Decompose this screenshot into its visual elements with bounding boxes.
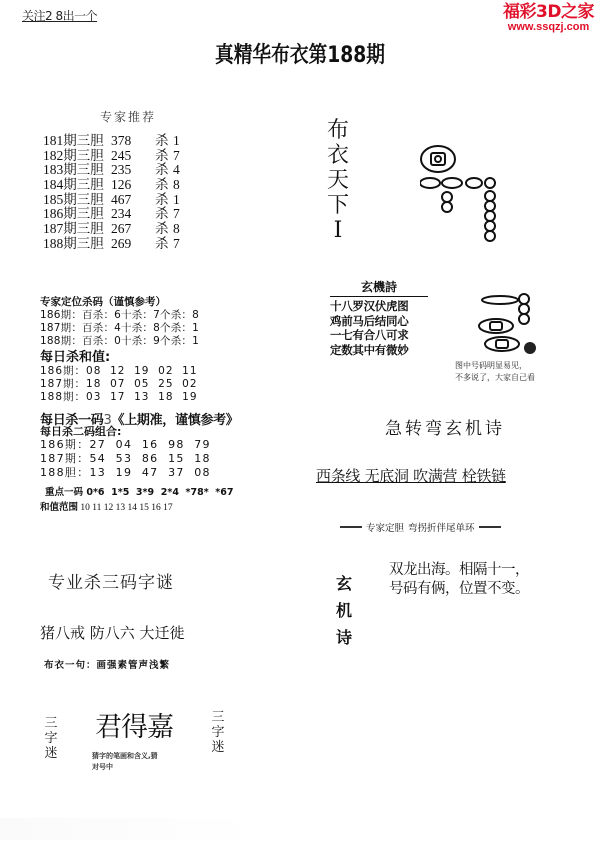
list-item: 188期三胆269杀7	[43, 237, 180, 252]
vertical-title: 布 衣 天 下 I	[325, 118, 351, 243]
poem-line: 号码有俩，位置不变。	[389, 580, 529, 599]
list-item: 187期：百杀：4十杀：8个杀：1	[40, 322, 199, 335]
kill-value: 8	[173, 178, 180, 193]
kill-label: 杀	[155, 207, 173, 222]
riddle-title: 专业杀三码字谜	[48, 568, 174, 593]
daily-kill-two: 每日杀二码组合: 186期：27 04 16 98 79 187期：54 53 …	[40, 425, 211, 480]
numbers: 467	[111, 193, 155, 208]
kill-value: 1	[173, 134, 180, 149]
divider	[340, 526, 362, 528]
expert-gall-label: 专家定胆	[366, 520, 404, 534]
vertical-char: 玄	[335, 570, 353, 597]
poem-line: 一七有合八可求	[330, 328, 428, 343]
period: 181期三胆	[43, 134, 111, 149]
vertical-char: 字	[44, 731, 58, 746]
period: 186期三胆	[43, 207, 111, 222]
numbers: 378	[111, 134, 155, 149]
list-item: 186期：27 04 16 98 79	[40, 438, 211, 452]
site-logo[interactable]: 福彩3D之家 www.ssqzj.com	[503, 3, 594, 34]
vertical-char: 字	[211, 725, 225, 740]
expert-gall: 专家定胆 弯拐折伴尾单环	[340, 520, 501, 534]
poem-line: 鸡前马后结同心	[330, 314, 428, 329]
expert-gall-text: 弯拐折伴尾单环	[408, 520, 475, 534]
sharp-turn-title: 急转弯玄机诗	[300, 414, 590, 439]
hint-line: 图中号码明显易见，	[455, 360, 535, 372]
list-item: 181期三胆378杀1	[43, 134, 180, 149]
expert-position-kill: 专家定位杀码（谨慎参考） 186期：百杀：6十杀：7个杀：8 187期：百杀：4…	[40, 296, 199, 348]
vertical-char: 机	[335, 597, 353, 624]
vertical-char: 衣	[325, 143, 351, 168]
riddle-phrases: 猪八戒 防八六 大迁徙	[40, 622, 185, 643]
kill-label: 杀	[155, 178, 173, 193]
divider	[479, 526, 501, 528]
kill-label: 杀	[155, 149, 173, 164]
focus-code-values: 0*6 1*5 3*9 2*4 *78* *67	[86, 487, 233, 498]
double-dragon-poem: 双龙出海。相隔十一， 号码有俩，位置不变。	[389, 561, 529, 599]
list-item: 186期：百杀：6十杀：7个杀：8	[40, 309, 199, 322]
focus-code: 重点一码 0*6 1*5 3*9 2*4 *78* *67	[45, 484, 234, 498]
kill-value: 7	[173, 149, 180, 164]
list-item: 186期三胆234杀7	[43, 207, 180, 222]
vertical-char: 三	[211, 710, 225, 725]
period: 187期三胆	[43, 222, 111, 237]
period: 188期三胆	[43, 237, 111, 252]
numbers: 269	[111, 237, 155, 252]
vertical-char: 三	[44, 716, 58, 731]
daily-kill-two-heading: 每日杀二码组合:	[40, 425, 211, 438]
kill-label: 杀	[155, 237, 173, 252]
top-note: 关注2 8出一个	[22, 7, 97, 24]
vertical-char: 天	[325, 168, 351, 193]
picture-hint: 图中号码明显易见， 不多说了，大家自己看	[455, 360, 535, 384]
list-item: 186期：08 12 19 02 11	[40, 365, 198, 378]
daily-sum-heading: 每日杀和值:	[40, 350, 198, 365]
numbers: 234	[111, 207, 155, 222]
bead-figure-2-icon	[478, 292, 558, 357]
kill-value: 8	[173, 222, 180, 237]
list-item: 187期三胆267杀8	[43, 222, 180, 237]
kill-label: 杀	[155, 163, 173, 178]
kill-value: 1	[173, 193, 180, 208]
logo-title: 福彩3D之家	[503, 3, 594, 21]
list-item: 187期：54 53 86 15 18	[40, 452, 211, 466]
xuanji-vertical: 玄 机 诗	[335, 570, 353, 651]
logo-url[interactable]: www.ssqzj.com	[503, 21, 594, 34]
riddle-one-sentence: 布衣一句：画强素管声浅繁	[44, 657, 170, 671]
xuanji-poem: 玄機詩 十八罗汉伏虎图 鸡前马后结同心 一七有合八可求 定数其中有微妙	[330, 278, 428, 357]
expert-position-heading: 专家定位杀码（谨慎参考）	[40, 296, 199, 309]
list-item: 185期三胆467杀1	[43, 193, 180, 208]
poem-line: 定数其中有微妙	[330, 343, 428, 358]
riddle-big-words: 君得嘉	[95, 705, 173, 744]
kill-label: 杀	[155, 193, 173, 208]
kill-label: 杀	[155, 134, 173, 149]
focus-code-label: 重点一码	[45, 487, 83, 498]
hint-line: 不多说了，大家自己看	[455, 372, 535, 384]
xuanji-poem-title: 玄機詩	[330, 278, 428, 297]
period: 182期三胆	[43, 149, 111, 164]
kill-value: 4	[173, 163, 180, 178]
vertical-char: I	[325, 218, 351, 243]
vertical-char: 布	[325, 118, 351, 143]
list-item: 184期三胆126杀8	[43, 178, 180, 193]
list-item: 182期三胆245杀7	[43, 149, 180, 164]
list-item: 183期三胆235杀4	[43, 163, 180, 178]
poem-line: 双龙出海。相隔十一，	[389, 561, 529, 580]
numbers: 245	[111, 149, 155, 164]
sum-range-label: 和值范围	[40, 502, 78, 513]
riddle-hint: 猜字的笔画和含义,猜 对号中	[92, 751, 160, 773]
vertical-char: 下	[325, 193, 351, 218]
kill-value: 7	[173, 237, 180, 252]
vertical-char: 诗	[335, 624, 353, 651]
poem-line: 十八罗汉伏虎图	[330, 299, 428, 314]
three-char-riddle-label-left: 三 字 迷	[44, 716, 58, 761]
list-item: 187期：18 07 05 25 02	[40, 378, 198, 391]
bead-figure-icon	[420, 145, 510, 245]
numbers: 267	[111, 222, 155, 237]
numbers: 126	[111, 178, 155, 193]
kill-value: 7	[173, 207, 180, 222]
period: 184期三胆	[43, 178, 111, 193]
three-char-riddle-label-right: 三 字 迷	[211, 710, 225, 755]
period: 183期三胆	[43, 163, 111, 178]
expert-recommend-heading: 专家推荐	[100, 108, 156, 125]
sum-range-values: 10 11 12 13 14 15 16 17	[80, 503, 172, 513]
expert-recommend-list: 181期三胆378杀1 182期三胆245杀7 183期三胆235杀4 184期…	[43, 134, 180, 252]
sum-range: 和值范围 10 11 12 13 14 15 16 17	[40, 499, 173, 513]
daily-sum-kill: 每日杀和值: 186期：08 12 19 02 11 187期：18 07 05…	[40, 350, 198, 404]
scan-artifact	[0, 818, 260, 840]
list-item: 188期：百杀：0十杀：9个杀：1	[40, 335, 199, 348]
vertical-char: 迷	[211, 740, 225, 755]
vertical-char: 迷	[44, 746, 58, 761]
page-title: 真精华布衣第188期	[45, 38, 555, 69]
kill-label: 杀	[155, 222, 173, 237]
list-item: 188期：03 17 13 18 19	[40, 391, 198, 404]
numbers: 235	[111, 163, 155, 178]
list-item: 188胆：13 19 47 37 08	[40, 466, 211, 480]
sharp-turn-items: 西条线 无底洞 吹满营 栓铁链	[316, 465, 506, 486]
period: 185期三胆	[43, 193, 111, 208]
